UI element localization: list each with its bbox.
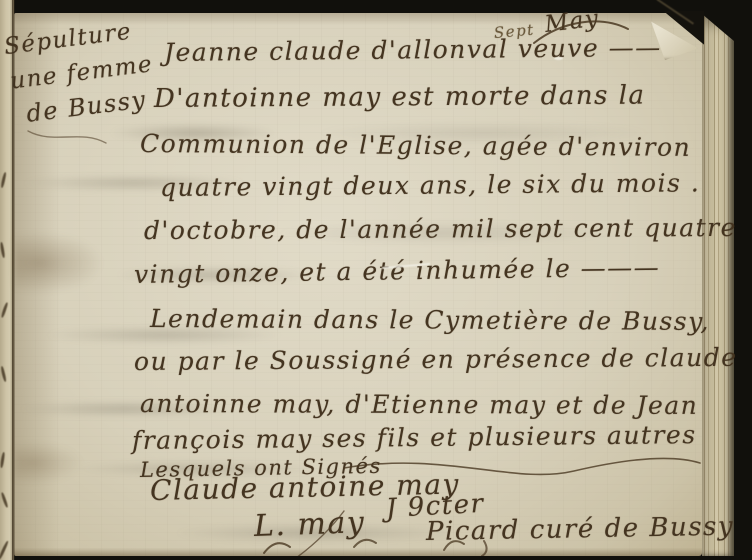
margin-note-line: Sépulture [3,18,150,59]
record-line: quatre vingt deux ans, le six du mois . [160,170,700,200]
margin-note: Sépulture une femme de Bussy [3,18,159,127]
bleedthrough-ink-mark [1,302,9,318]
signature-l-may: L. may [253,508,365,542]
interline-word: May [544,7,601,37]
bleedthrough-ink-mark [0,366,7,382]
record-line: antoinne may, d'Etienne may et de Jean [140,391,698,418]
record-line: D'antoinne may est morte dans la [154,83,646,112]
paper-scratch [554,57,563,60]
bleedthrough-ink-mark [0,242,5,258]
record-line: Jeanne claude d'allonval veuve ——— [164,35,688,65]
bleedthrough-ink-mark [0,452,5,468]
signature-cure-picard: Picard curé de Bussy [426,514,735,545]
manuscript-photo: Sépulture une femme de Bussy Sept May Je… [0,0,752,560]
page-edge-stack [702,14,734,556]
margin-note-line: de Bussy [25,86,158,126]
record-line: françois may ses fils et plusieurs autre… [132,422,697,453]
binding-crease [12,0,15,560]
record-line: Lendemain dans le Cymetière de Bussy, [150,306,710,334]
record-line: d'octobre, de l'année mil sept cent quat… [144,215,737,243]
bleedthrough-ink-mark [0,540,9,559]
record-line: vingt onze, et a été inhumée le ——— [134,255,661,287]
manuscript-page: Sépulture une femme de Bussy Sept May Je… [14,13,702,556]
bleedthrough-ink-mark [0,492,8,508]
record-line: ou par le Soussigné en présence de claud… [134,345,738,374]
bleedthrough-ink-mark [0,172,6,188]
record-line: Communion de l'Eglise, agée d'environ [140,131,691,160]
